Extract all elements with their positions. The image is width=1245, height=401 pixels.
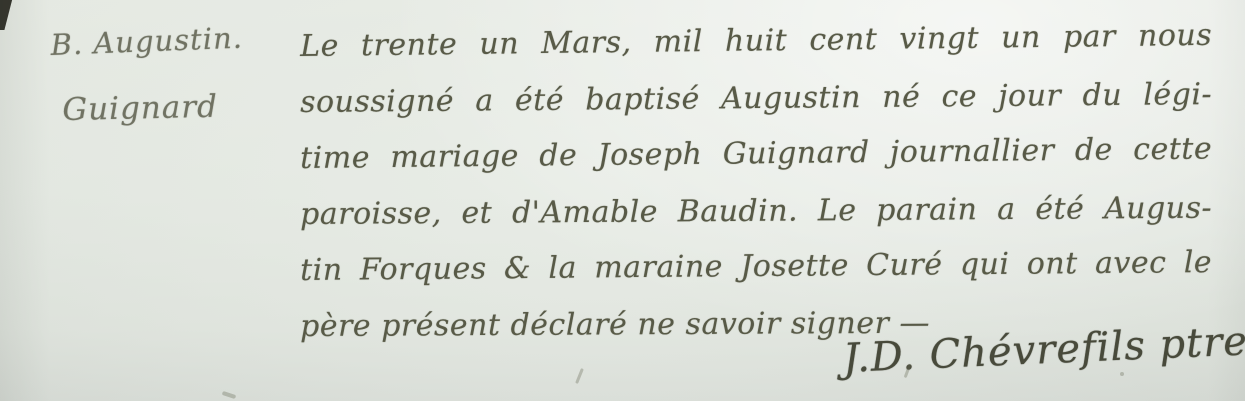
ink-speck xyxy=(575,368,584,384)
record-text-line-5: tin Forques & la maraine Josette Curé qu… xyxy=(300,248,1212,286)
scanned-baptism-record: B. Augustin. Guignard Le trente un Mars,… xyxy=(0,0,1245,401)
margin-annotation-baptism-name: B. Augustin. xyxy=(50,21,243,62)
ink-speck xyxy=(222,391,237,399)
record-text-line-2: soussigné a été baptisé Augustin né ce j… xyxy=(300,80,1212,118)
scan-corner-artifact xyxy=(0,0,22,30)
ink-speck xyxy=(1120,372,1124,376)
margin-annotation-surname: Guignard xyxy=(62,89,218,128)
record-text-line-1: Le trente un Mars, mil huit cent vingt u… xyxy=(300,21,1212,62)
record-text-line-4: paroisse, et d'Amable Baudin. Le parain … xyxy=(300,194,1212,230)
record-text-line-6: père présent déclaré ne savoir signer — xyxy=(300,309,930,342)
record-text-line-3: time mariage de Joseph Guignard journall… xyxy=(300,134,1212,174)
